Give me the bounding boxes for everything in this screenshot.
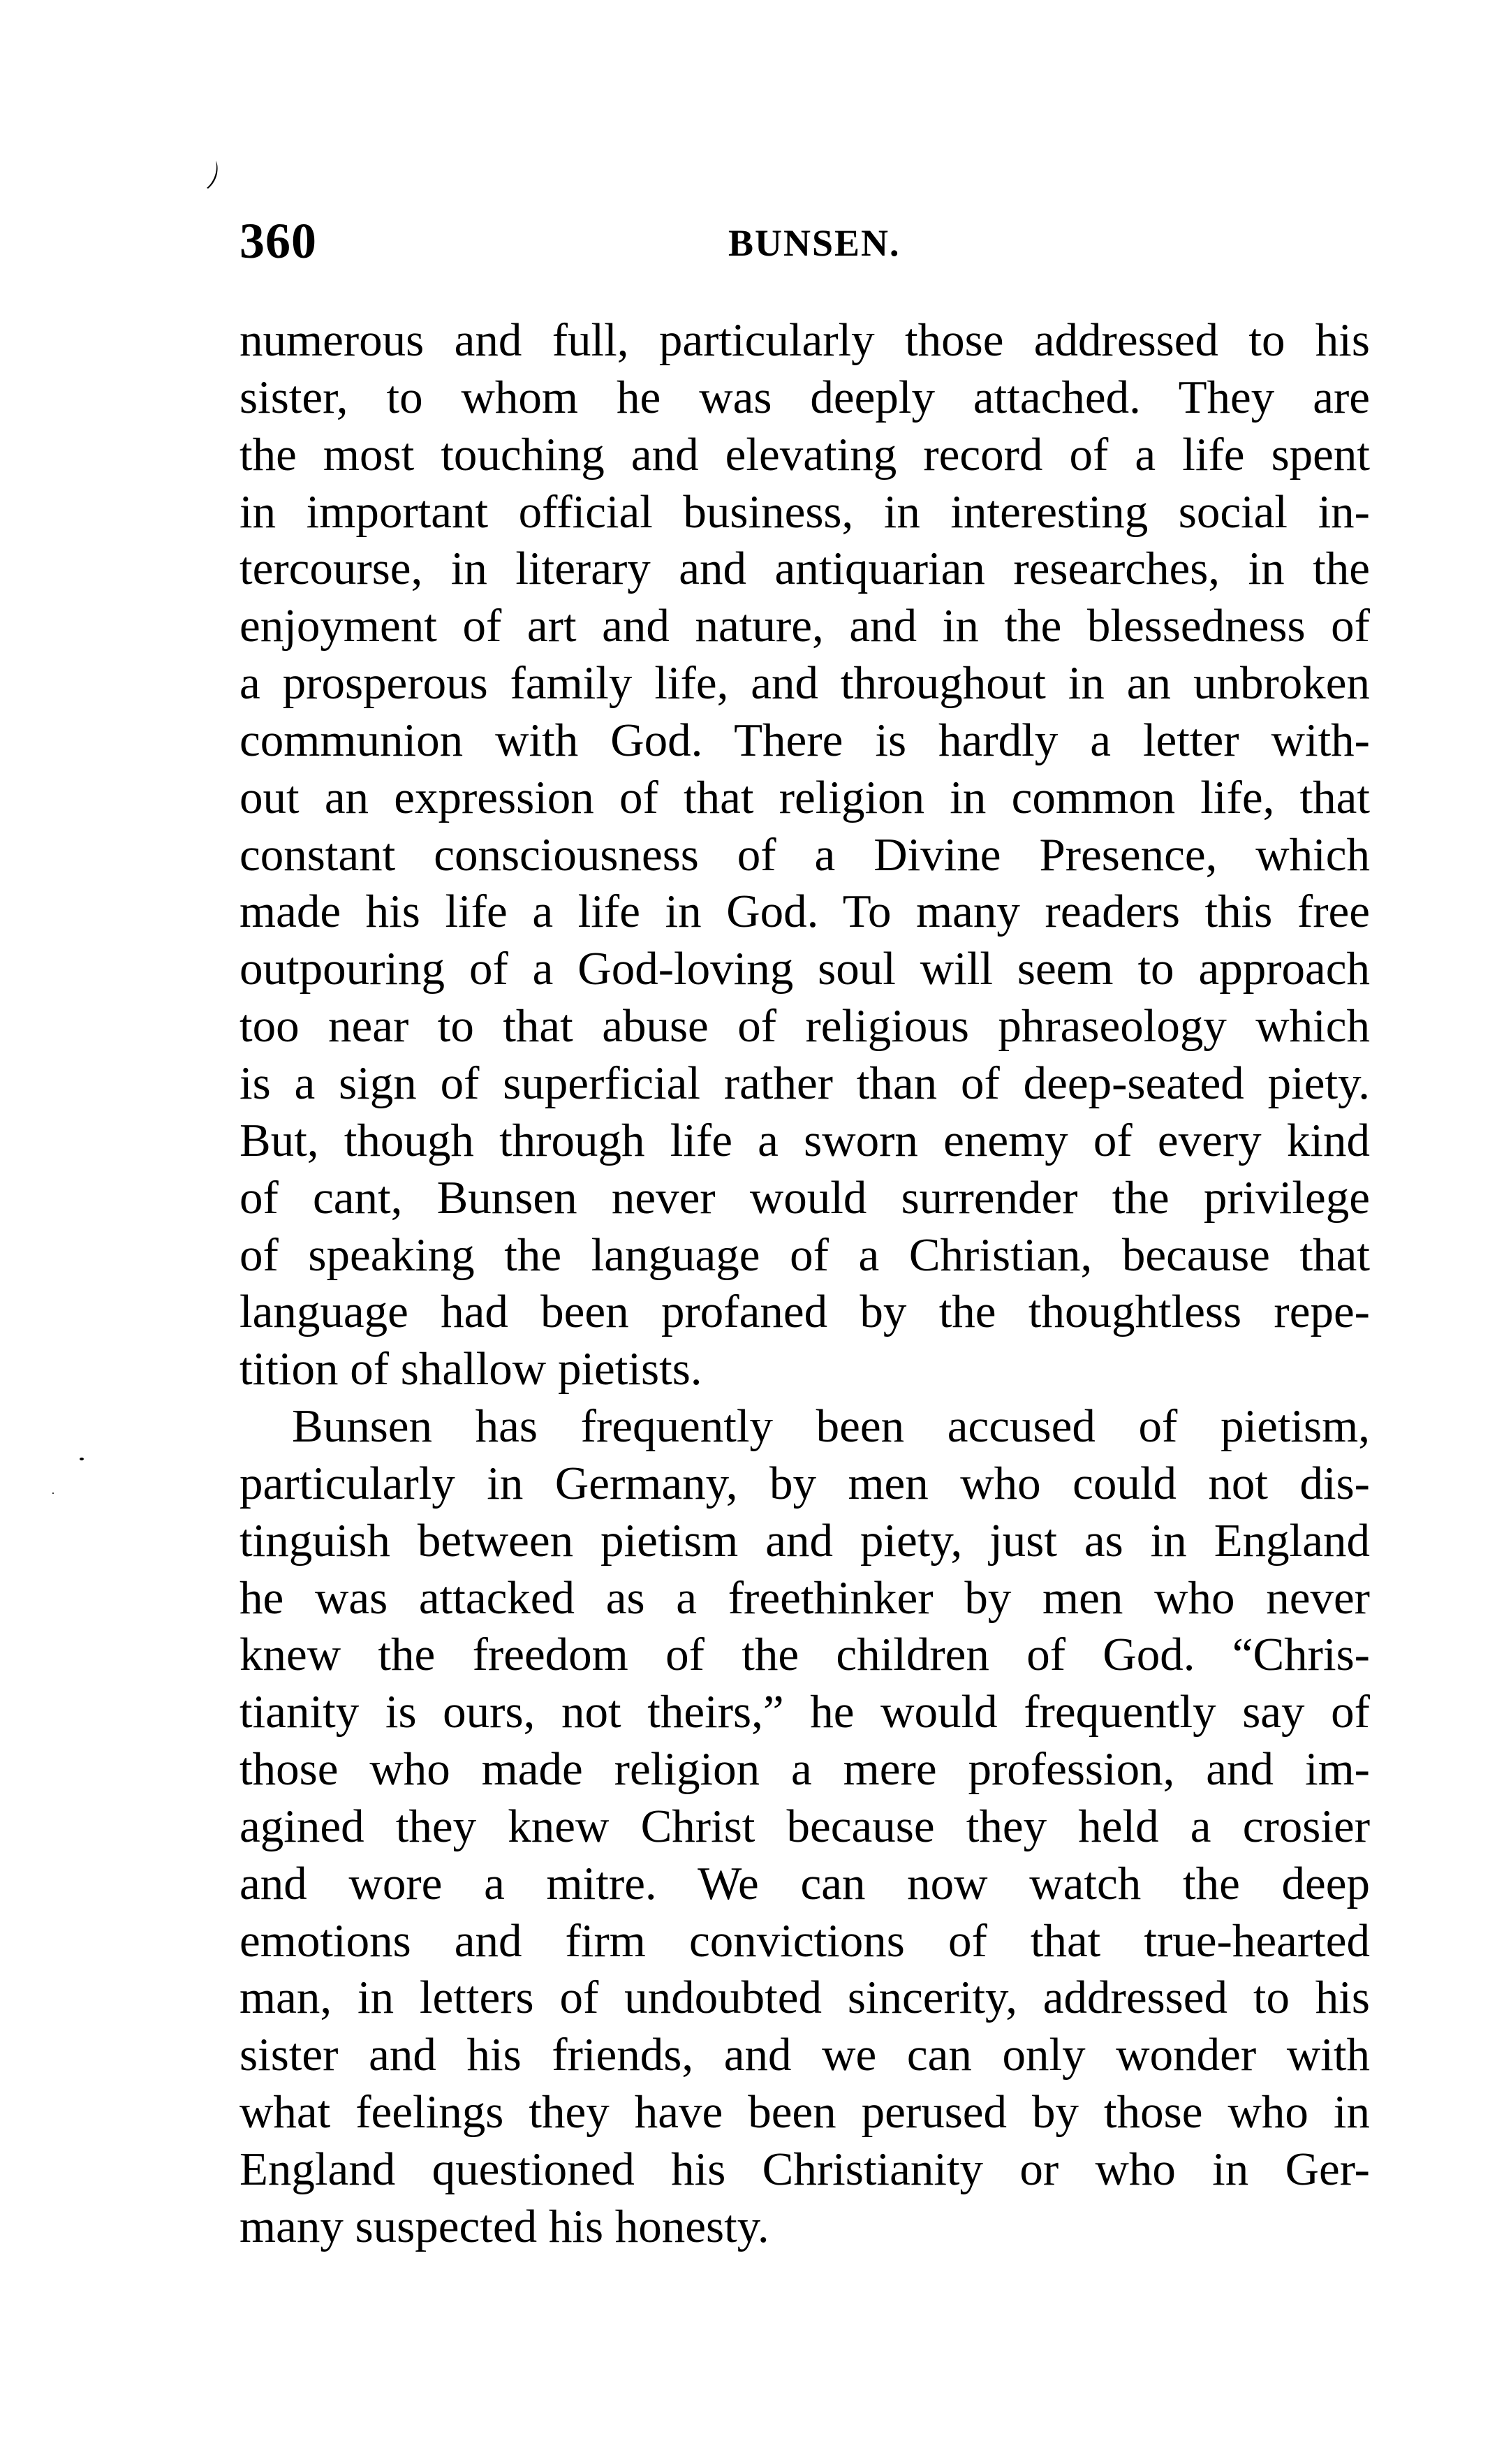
- text-line: But, though through life a sworn enemy o…: [239, 1113, 1370, 1170]
- text-line: outpouring of a God-loving soul will see…: [239, 941, 1370, 998]
- text-line: he was attacked as a freethinker by men …: [239, 1570, 1370, 1627]
- text-line: man, in letters of undoubted sincerity, …: [239, 1970, 1370, 2027]
- book-page: 360 BUNSEN. numerous and full, particula…: [0, 0, 1497, 2464]
- text-line: made his life a life in God. To many rea…: [239, 883, 1370, 941]
- text-line: sister and his friends, and we can only …: [239, 2027, 1370, 2084]
- text-line: too near to that abuse of religious phra…: [239, 998, 1370, 1055]
- text-line: constant consciousness of a Divine Prese…: [239, 827, 1370, 884]
- text-line: and wore a mitre. We can now watch the d…: [239, 1856, 1370, 1913]
- text-line: particularly in Germany, by men who coul…: [239, 1455, 1370, 1513]
- text-line: tinguish between pietism and piety, just…: [239, 1513, 1370, 1570]
- paragraph-2: Bunsen has frequently been accused of pi…: [239, 1398, 1370, 2256]
- text-line: communion with God. There is hardly a le…: [239, 712, 1370, 770]
- text-line: in important official business, in inter…: [239, 484, 1370, 541]
- text-line: sister, to whom he was deeply attached. …: [239, 369, 1370, 427]
- running-head: 360 BUNSEN.: [239, 210, 1370, 272]
- text-line: what feelings they have been perused by …: [239, 2084, 1370, 2141]
- text-line: out an expression of that religion in co…: [239, 770, 1370, 827]
- text-line: is a sign of superficial rather than of …: [239, 1055, 1370, 1113]
- text-line: tianity is ours, not theirs,” he would f…: [239, 1684, 1370, 1741]
- text-line: of cant, Bunsen never would surrender th…: [239, 1170, 1370, 1227]
- body-text: numerous and full, particularly those ad…: [239, 312, 1370, 2256]
- paragraph-1: numerous and full, particularly those ad…: [239, 312, 1370, 1398]
- text-line: many suspected his honesty.: [239, 2199, 1370, 2256]
- text-line: the most touching and elevating record o…: [239, 427, 1370, 484]
- text-line: emotions and firm convictions of that tr…: [239, 1913, 1370, 1970]
- running-title: BUNSEN.: [728, 214, 901, 272]
- text-line: language had been profaned by the though…: [239, 1284, 1370, 1341]
- page-number: 360: [239, 210, 317, 272]
- scan-speck: [52, 1493, 54, 1494]
- margin-hook-mark-icon: [204, 159, 219, 190]
- text-line: of speaking the language of a Christian,…: [239, 1227, 1370, 1284]
- text-line: England questioned his Christianity or w…: [239, 2141, 1370, 2199]
- scan-speck: [80, 1458, 84, 1460]
- text-line: those who made religion a mere professio…: [239, 1741, 1370, 1798]
- text-line: knew the freedom of the children of God.…: [239, 1627, 1370, 1684]
- text-line: enjoyment of art and nature, and in the …: [239, 598, 1370, 655]
- text-line: Bunsen has frequently been accused of pi…: [239, 1398, 1370, 1455]
- text-line: tercourse, in literary and antiquarian r…: [239, 541, 1370, 598]
- text-line: numerous and full, particularly those ad…: [239, 312, 1370, 369]
- text-line: agined they knew Christ because they hel…: [239, 1798, 1370, 1856]
- text-line: a prosperous family life, and throughout…: [239, 655, 1370, 712]
- text-line: tition of shallow pietists.: [239, 1341, 1370, 1398]
